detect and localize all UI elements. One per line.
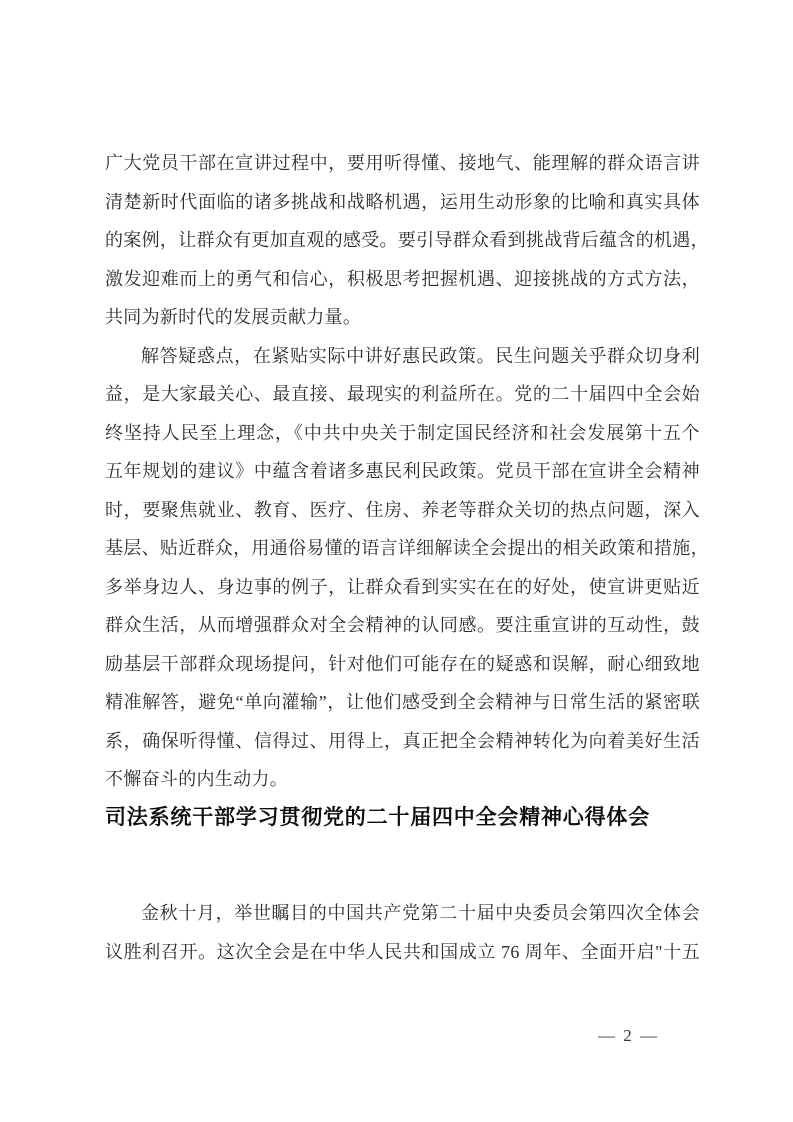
- paragraph-continuation: 广大党员干部在宣讲过程中，要用听得懂、接地气、能理解的群众语言讲 清楚新时代面临…: [105, 144, 700, 337]
- body-line: 不懈奋斗的内生动力。: [105, 760, 700, 799]
- document-body: 广大党员干部在宣讲过程中，要用听得懂、接地气、能理解的群众语言讲 清楚新时代面临…: [105, 144, 700, 971]
- body-line: 系，确保听得懂、信得过、用得上，真正把全会精神转化为向着美好生活: [105, 722, 700, 761]
- body-line: 终坚持人民至上理念，《中共中央关于制定国民经济和社会发展第十五个: [105, 414, 700, 453]
- body-line: 群众生活，从而增强群众对全会精神的认同感。要注重宣讲的互动性，鼓: [105, 606, 700, 645]
- section-heading: 司法系统干部学习贯彻党的二十届四中全会精神心得体会: [105, 799, 700, 838]
- paragraph-policy: 解答疑惑点，在紧贴实际中讲好惠民政策。民生问题关乎群众切身利 益，是大家最关心、…: [105, 337, 700, 799]
- body-line: 的案例，让群众有更加直观的感受。要引导群众看到挑战背后蕴含的机遇，: [105, 221, 700, 260]
- document-page: 广大党员干部在宣讲过程中，要用听得懂、接地气、能理解的群众语言讲 清楚新时代面临…: [0, 0, 793, 1122]
- body-line: 广大党员干部在宣讲过程中，要用听得懂、接地气、能理解的群众语言讲: [105, 144, 700, 183]
- body-line: 时，要聚焦就业、教育、医疗、住房、养老等群众关切的热点问题，深入: [105, 491, 700, 530]
- body-line: 共同为新时代的发展贡献力量。: [105, 298, 700, 337]
- body-line: 清楚新时代面临的诸多挑战和战略机遇，运用生动形象的比喻和真实具体: [105, 183, 700, 222]
- body-line: 议胜利召开。这次全会是在中华人民共和国成立 76 周年、全面开启"十五: [105, 933, 700, 972]
- body-line: 益，是大家最关心、最直接、最现实的利益所在。党的二十届四中全会始: [105, 375, 700, 414]
- paragraph-opening-remarks: 金秋十月，举世瞩目的中国共产党第二十届中央委员会第四次全体会 议胜利召开。这次全…: [105, 894, 700, 971]
- body-line: 激发迎难而上的勇气和信心，积极思考把握机遇、迎接挑战的方式方法，: [105, 260, 700, 299]
- body-line: 精准解答，避免“单向灌输”，让他们感受到全会精神与日常生活的紧密联: [105, 683, 700, 722]
- body-line: 基层、贴近群众，用通俗易懂的语言详细解读全会提出的相关政策和措施，: [105, 529, 700, 568]
- page-number: — 2 —: [598, 1026, 678, 1046]
- body-line: 励基层干部群众现场提问，针对他们可能存在的疑惑和误解，耐心细致地: [105, 645, 700, 684]
- body-line: 金秋十月，举世瞩目的中国共产党第二十届中央委员会第四次全体会: [105, 894, 700, 933]
- body-line: 解答疑惑点，在紧贴实际中讲好惠民政策。民生问题关乎群众切身利: [105, 337, 700, 376]
- body-line: 多举身边人、身边事的例子，让群众看到实实在在的好处，使宣讲更贴近: [105, 568, 700, 607]
- body-line: 五年规划的建议》中蕴含着诸多惠民利民政策。党员干部在宣讲全会精神: [105, 452, 700, 491]
